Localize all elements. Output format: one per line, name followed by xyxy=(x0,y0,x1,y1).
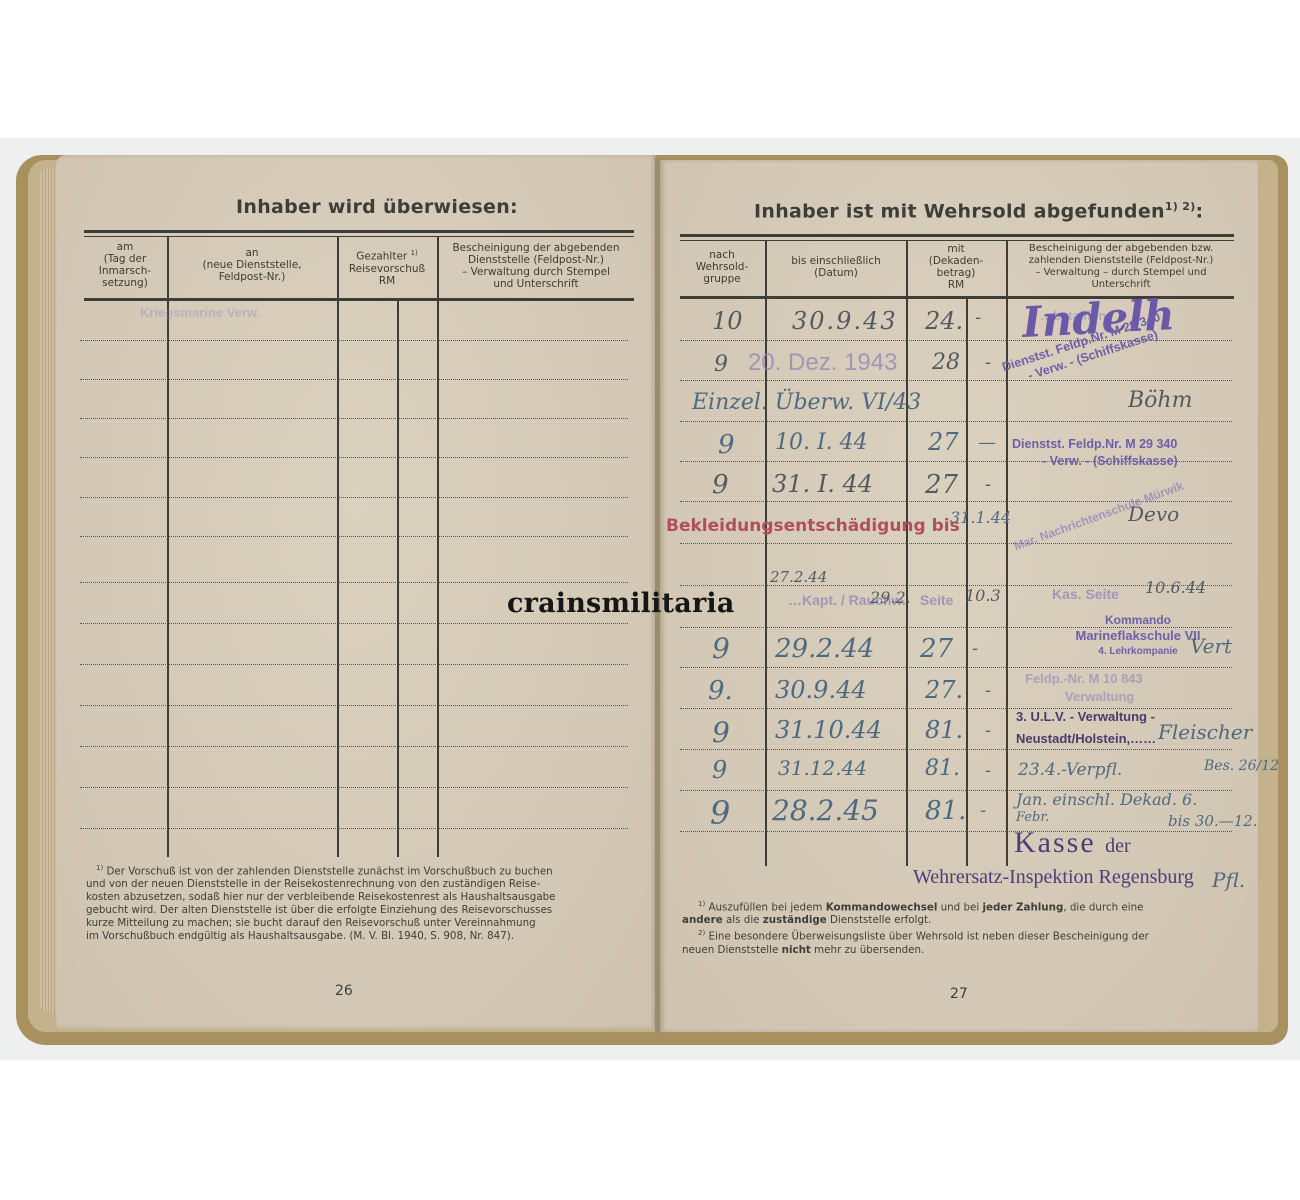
entry-date: 31.10.44 xyxy=(775,716,882,744)
entry-date: 30.9.44 xyxy=(775,676,867,704)
table-row-line xyxy=(80,582,628,583)
right-footnotes: 1) Auszufüllen bei jedem Kommandowechsel… xyxy=(682,898,1238,957)
table-row-line xyxy=(80,457,628,458)
signature-6: Pfl. xyxy=(1212,868,1245,892)
note-february: Febr. xyxy=(1016,810,1049,825)
column-header-bescheinigung: Bescheinigung der abgebendenDienststelle… xyxy=(438,242,634,290)
entry-pf: - xyxy=(972,638,978,659)
footnote-2: 2) Eine besondere Überweisungsliste über… xyxy=(682,927,1238,943)
column-divider xyxy=(966,298,968,866)
column-header-datum: bis einschließlich(Datum) xyxy=(766,255,906,279)
faint-stamp: Kriegsmarine Verw. xyxy=(140,305,260,320)
entry-note: Einzel. Überw. VI/43 xyxy=(692,390,921,415)
table-row-line xyxy=(80,664,628,665)
table-row-line xyxy=(80,418,628,419)
page-number-left: 26 xyxy=(335,983,353,999)
entry-group: 9 xyxy=(710,794,730,832)
note-date: 27.2.44 xyxy=(770,568,827,586)
table-row-line xyxy=(680,380,1232,381)
kas-seite-value: 10.6.44 xyxy=(1145,578,1206,597)
entry-group: 9 xyxy=(718,430,735,460)
signature-5: Fleischer xyxy=(1158,720,1252,744)
entry-date: 10. I. 44 xyxy=(775,430,868,455)
entry-group: 9. xyxy=(708,676,733,706)
kasse-stamp-subtitle: Wehrersatz-Inspektion Regensburg xyxy=(913,866,1194,889)
entry-pf: - xyxy=(985,680,991,701)
note-january: Jan. einschl. Dekad. 6. xyxy=(1016,790,1197,809)
entry-pf: - xyxy=(975,307,981,328)
entry-date: 30.9.43 xyxy=(792,307,898,335)
table-row-line xyxy=(680,667,1232,668)
footnote-2-line-2: neuen Dienststelle nicht mehr zu übersen… xyxy=(682,944,1238,957)
entry-date: 29.2.44 xyxy=(775,634,874,664)
table-top-rule-thin xyxy=(680,240,1234,241)
entry-pf: - xyxy=(985,474,991,495)
feldpost-stamp-3: Feldp.-Nr. M 10 843 Verwaltung xyxy=(1025,670,1143,706)
kasse-stamp-title: Kasse der xyxy=(1014,826,1131,860)
clothing-allowance-date: 31.1.44 xyxy=(950,508,1011,527)
note-bis: bis 30.—12. xyxy=(1168,812,1258,830)
page-number-right: 27 xyxy=(950,986,968,1002)
entry-pf: - xyxy=(980,800,986,821)
table-row-line xyxy=(680,831,1232,832)
column-divider xyxy=(906,241,908,866)
table-row-line xyxy=(80,340,628,341)
rauchwaren-date: 29.2. xyxy=(870,588,911,607)
signature-4: Vert xyxy=(1190,634,1232,658)
entry-group: 10 xyxy=(712,307,743,335)
column-header-an: an(neue Dienststelle, Feldpost-Nr.) xyxy=(168,247,336,283)
entry-group: 9 xyxy=(712,716,730,749)
entry-amount: 27. xyxy=(925,676,963,704)
entry-pf: — xyxy=(978,432,996,453)
entry-amount: 27 xyxy=(920,634,953,664)
table-row-line xyxy=(680,543,1232,544)
watermark: crainsmilitaria xyxy=(507,588,735,619)
column-header-am: am(Tag der Inmarsch-setzung) xyxy=(84,241,166,289)
entry-amount: 27 xyxy=(928,428,959,456)
entry-group: 9 xyxy=(712,470,729,500)
entry-date: 28.2.45 xyxy=(772,794,879,827)
table-row-line xyxy=(80,828,628,829)
signature-2: Böhm xyxy=(1128,388,1192,413)
column-header-bescheinigung: Bescheinigung der abgebenden bzw.zahlend… xyxy=(1008,243,1234,291)
entry-pf: - xyxy=(985,352,991,373)
column-header-reisevorschuss: Gezahlter 1) ReisevorschußRM xyxy=(338,247,436,287)
ulv-stamp: 3. U.L.V. - Verwaltung - Neustadt/Holste… xyxy=(1016,706,1156,750)
entry-amount: 28 xyxy=(932,350,960,375)
column-divider xyxy=(437,237,439,857)
footnote-1: 1) Auszufüllen bei jedem Kommandowechsel… xyxy=(682,898,1238,914)
signature-3: Devo xyxy=(1128,502,1179,526)
entry-group: 9 xyxy=(714,352,728,377)
entry-date-stamp: 20. Dez. 1943 xyxy=(748,349,897,377)
note-besoldung: Bes. 26/12 xyxy=(1204,758,1279,774)
column-divider xyxy=(167,237,169,857)
column-divider xyxy=(765,241,767,866)
column-divider xyxy=(337,237,339,857)
note-verpflegung: 23.4.-Verpfl. xyxy=(1018,760,1122,780)
entry-amount: 81. xyxy=(925,796,966,826)
seite-value: 10.3 xyxy=(965,586,1001,605)
entry-date: 31.12.44 xyxy=(778,756,867,780)
right-page-title: Inhaber ist mit Wehrsold abgefunden1) 2)… xyxy=(754,200,1203,222)
clothing-allowance-stamp: Bekleidungsentschädigung bis xyxy=(666,516,960,536)
column-divider xyxy=(397,300,399,857)
feldpost-stamp-2: Dienstst. Feldp.Nr. M 29 340 - Verw. - (… xyxy=(1012,436,1178,470)
table-row-line xyxy=(80,497,628,498)
entry-amount: 24. xyxy=(925,307,963,335)
entry-amount: 27 xyxy=(925,470,958,500)
entry-date: 31. I. 44 xyxy=(772,470,873,498)
entry-amount: 81. xyxy=(925,716,963,744)
table-row-line xyxy=(80,787,628,788)
table-row-line xyxy=(80,379,628,380)
table-row-line xyxy=(80,705,628,706)
column-divider xyxy=(1006,241,1008,866)
entry-group: 9 xyxy=(712,632,730,665)
table-row-line xyxy=(80,623,628,624)
entry-pf: - xyxy=(985,760,991,781)
left-page-title: Inhaber wird überwiesen: xyxy=(236,196,518,218)
table-top-rule xyxy=(84,230,634,233)
table-row-line xyxy=(80,746,628,747)
table-top-rule xyxy=(680,234,1234,237)
kas-seite-label: Kas. Seite xyxy=(1052,586,1119,602)
table-row-line xyxy=(680,421,1232,422)
column-header-dekadenbetrag: mit(Dekaden- betrag)RM xyxy=(907,243,1005,291)
left-footnote: 1) Der Vorschuß ist von der zahlenden Di… xyxy=(86,862,626,943)
column-header-wehrsoldgruppe: nachWehrsold- gruppe xyxy=(680,249,764,285)
entry-group: 9 xyxy=(712,756,727,784)
seite-label: Seite xyxy=(920,592,953,608)
footnote-1-line-2: andere als die zuständige Dienststelle e… xyxy=(682,914,1238,927)
table-row-line xyxy=(80,536,628,537)
entry-amount: 81. xyxy=(925,756,960,781)
entry-pf: - xyxy=(985,720,991,741)
